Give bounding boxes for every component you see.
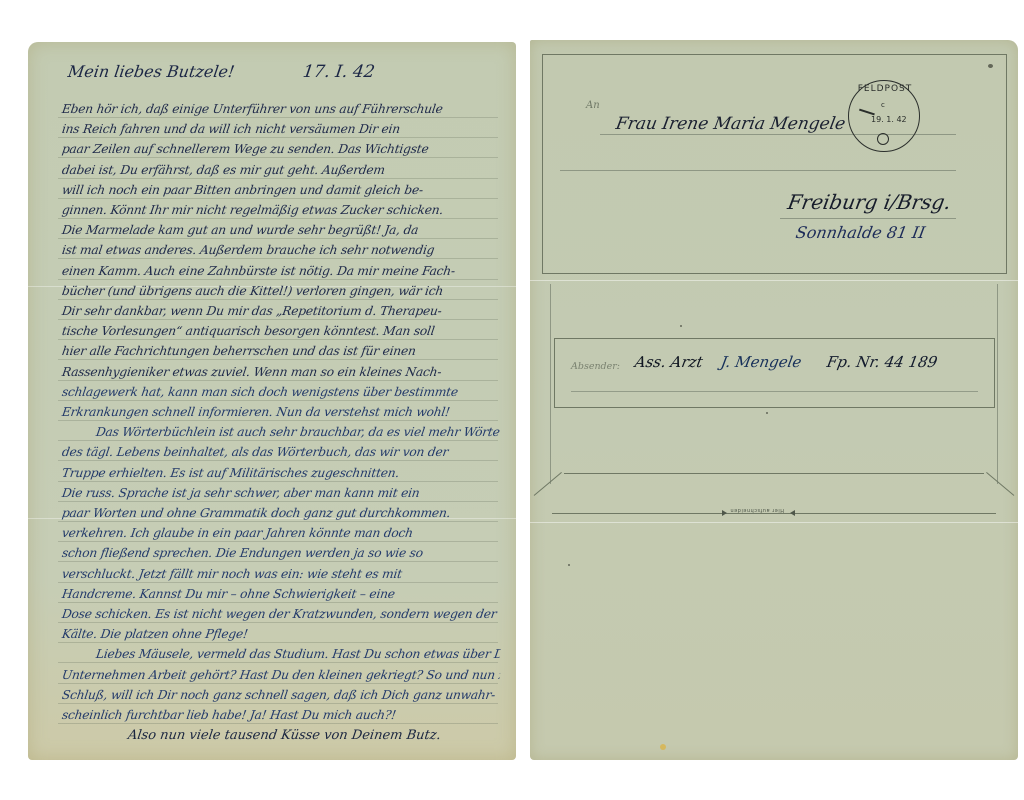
sender-name: J. Mengele — [719, 353, 803, 371]
letter-line: Kälte. Die platzen ohne Pflege! — [61, 627, 501, 641]
ruled-line — [58, 521, 498, 522]
letter-line: Das Wörterbüchlein ist auch sehr brauchb… — [95, 425, 501, 439]
ruled-line — [58, 683, 498, 684]
arrow-left-icon — [790, 510, 795, 516]
letter-line: Die russ. Sprache ist ja sehr schwer, ab… — [61, 486, 501, 500]
letter-closing: Also nun viele tausend Küsse von Deinem … — [127, 728, 442, 743]
ruled-line — [58, 178, 498, 179]
ruled-line — [58, 622, 498, 623]
address-rule — [780, 218, 956, 219]
ruled-line — [58, 279, 498, 280]
letter-line: Schluß, will ich Dir noch ganz schnell s… — [61, 688, 501, 702]
tear-instruction: Hier aufschneiden — [730, 507, 784, 513]
ruled-line — [58, 582, 498, 583]
ruled-line — [58, 723, 498, 724]
letter-page: Mein liebes Butzele! 17. I. 42 Also nun … — [28, 42, 516, 760]
ruled-line — [58, 420, 498, 421]
letter-line: einen Kamm. Auch eine Zahnbürste ist nöt… — [61, 264, 501, 278]
letter-line: ins Reich fahren und da will ich nicht v… — [61, 122, 501, 136]
letter-line: des tägl. Lebens beinhaltet, als das Wör… — [61, 445, 501, 459]
feldpost-envelope: An Frau Irene Maria Mengele Freiburg i/B… — [530, 40, 1018, 760]
letter-line: hier alle Fachrichtungen beherrschen und… — [61, 344, 501, 358]
ruled-line — [58, 703, 498, 704]
ruled-line — [58, 400, 498, 401]
flap-corner-line — [534, 472, 562, 496]
ruled-line — [58, 440, 498, 441]
ruled-line — [58, 541, 498, 542]
ruled-line — [58, 501, 498, 502]
letter-line: verschluckt. Jetzt fällt mir noch was ei… — [61, 567, 501, 581]
ruled-line — [58, 258, 498, 259]
letter-line: Eben hör ich, daß einige Unterführer von… — [61, 102, 501, 116]
flap-corner-line — [986, 472, 1014, 496]
letter-line: ginnen. Könnt Ihr mir nicht regelmäßig e… — [61, 203, 501, 217]
letter-date: 17. I. 42 — [302, 62, 376, 82]
letter-greeting: Mein liebes Butzele! — [67, 62, 236, 81]
ruled-line — [58, 218, 498, 219]
letter-line: Liebes Mäusele, vermeld das Studium. Has… — [95, 647, 501, 661]
sender-rule — [571, 391, 978, 392]
letter-line: Dir sehr dankbar, wenn Du mir das „Repet… — [61, 304, 501, 318]
letter-line: tische Vorlesungen“ antiquarisch besorge… — [61, 324, 501, 338]
postmark-seal-icon — [877, 133, 889, 145]
paper-speck — [988, 64, 993, 68]
postmark-letter: c — [881, 101, 885, 109]
paper-stain — [660, 744, 666, 750]
ruled-line — [58, 339, 498, 340]
sender-label: Absender: — [571, 361, 620, 372]
letter-line: bücher (und übrigens auch die Kittel!) v… — [61, 284, 501, 298]
arrow-right-icon — [722, 510, 727, 516]
letter-line: paar Zeilen auf schnellerem Wege zu send… — [61, 142, 501, 156]
ruled-line — [58, 380, 498, 381]
ruled-line — [58, 460, 498, 461]
ruled-line — [58, 561, 498, 562]
letter-line: scheinlich furchtbar lieb habe! Ja! Hast… — [61, 708, 501, 722]
flap-top-line — [564, 473, 984, 474]
sender-rank: Ass. Arzt — [633, 353, 704, 371]
envelope-fold-line — [530, 280, 1018, 281]
ruled-line — [58, 662, 498, 663]
recipient-city: Freiburg i/Brsg. — [786, 190, 953, 214]
letter-line: Truppe erhielten. Es ist auf Militärisch… — [61, 466, 501, 480]
sender-frame: Absender: Ass. Arzt J. Mengele Fp. Nr. 4… — [554, 338, 995, 408]
letter-line: schlagewerk hat, kann man sich doch weni… — [61, 385, 501, 399]
letter-line: Rassenhygieniker etwas zuviel. Wenn man … — [61, 365, 501, 379]
ruled-line — [58, 117, 498, 118]
ruled-line — [58, 481, 498, 482]
postmark-dash — [859, 109, 875, 115]
paper-speck — [680, 325, 682, 327]
letter-line: Unternehmen Arbeit gehört? Hast Du den k… — [61, 668, 501, 682]
address-frame — [542, 54, 1007, 274]
ruled-line — [58, 642, 498, 643]
letter-line: ist mal etwas anderes. Außerdem brauche … — [61, 243, 501, 257]
letter-line: paar Worten und ohne Grammatik doch ganz… — [61, 506, 501, 520]
letter-line: Erkrankungen schnell informieren. Nun da… — [61, 405, 501, 419]
letter-line: schon fließend sprechen. Die Endungen we… — [61, 546, 501, 560]
ruled-line — [58, 137, 498, 138]
flap-edge — [997, 284, 998, 484]
letter-line: Dose schicken. Es ist nicht wegen der Kr… — [61, 607, 501, 621]
postmark-date: 19. 1. 42 — [871, 115, 907, 124]
recipient-name: Frau Irene Maria Mengele — [614, 114, 847, 134]
ruled-line — [58, 198, 498, 199]
postmark-label: FELDPOST — [855, 84, 915, 94]
envelope-fold-line — [530, 522, 1018, 523]
ruled-line — [58, 238, 498, 239]
recipient-prefix-label: An — [586, 100, 600, 111]
flap-edge — [550, 284, 551, 484]
letter-line: dabei ist, Du erfährst, daß es mir gut g… — [61, 163, 501, 177]
ruled-line — [58, 602, 498, 603]
letter-line: verkehren. Ich glaube in ein paar Jahren… — [61, 526, 501, 540]
letter-line: Handcreme. Kannst Du mir – ohne Schwieri… — [61, 587, 501, 601]
ruled-line — [58, 319, 498, 320]
sender-feldpost-number: Fp. Nr. 44 189 — [825, 353, 938, 371]
ruled-line — [58, 359, 498, 360]
tear-guide-line — [552, 513, 996, 514]
address-rule — [560, 170, 956, 171]
recipient-street: Sonnhalde 81 II — [794, 223, 926, 242]
ruled-line — [58, 157, 498, 158]
paper-speck — [766, 412, 768, 414]
letter-line: Die Marmelade kam gut an und wurde sehr … — [61, 223, 501, 237]
paper-speck — [568, 564, 570, 566]
letter-line: will ich noch ein paar Bitten anbringen … — [61, 183, 501, 197]
feldpost-postmark-stamp: FELDPOST c 19. 1. 42 — [848, 80, 920, 152]
ruled-line — [58, 299, 498, 300]
